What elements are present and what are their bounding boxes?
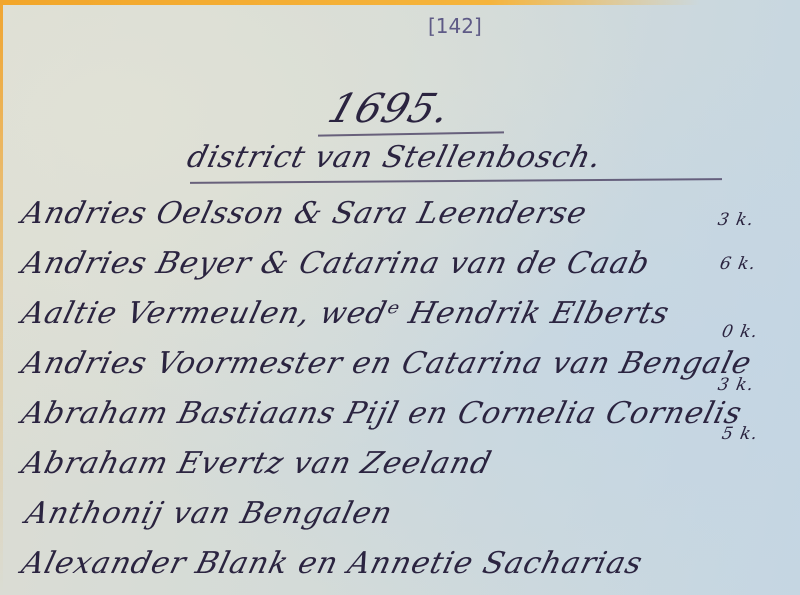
entry-annotation-4: 3 k.	[716, 375, 755, 395]
entry-annotation-1: 3 k.	[716, 210, 755, 230]
year-heading: 1695.	[323, 86, 457, 132]
year-underline	[318, 131, 504, 136]
entry-line-5: Abraham Bastiaans Pijl en Cornelia Corne…	[18, 396, 746, 431]
entry-line-7: Anthonij van Bengalen	[22, 496, 396, 531]
entry-line-6: Abraham Evertz van Zeeland	[18, 446, 495, 481]
entry-annotation-5: 5 k.	[720, 424, 759, 444]
entry-line-1: Andries Oelsson & Sara Leenderse	[18, 196, 591, 231]
entry-line-3: Aaltie Vermeulen, wedᵉ Hendrik Elberts	[18, 296, 673, 331]
entry-line-2: Andries Beyer & Catarina van de Caab	[18, 246, 654, 281]
page-top-edge	[0, 0, 700, 5]
entry-annotation-2: 6 k.	[718, 254, 757, 274]
manuscript-page: [142] 1695. district van Stellenbosch. A…	[0, 0, 800, 595]
district-underline	[190, 178, 722, 184]
page-left-edge	[0, 0, 3, 595]
district-heading: district van Stellenbosch.	[184, 140, 606, 175]
entry-line-8: Alexander Blank en Annetie Sacharias	[18, 546, 647, 581]
folio-number: [142]	[428, 14, 482, 38]
entry-line-4: Andries Voormester en Catarina van Benga…	[18, 346, 756, 381]
entry-annotation-3: 0 k.	[720, 322, 759, 342]
